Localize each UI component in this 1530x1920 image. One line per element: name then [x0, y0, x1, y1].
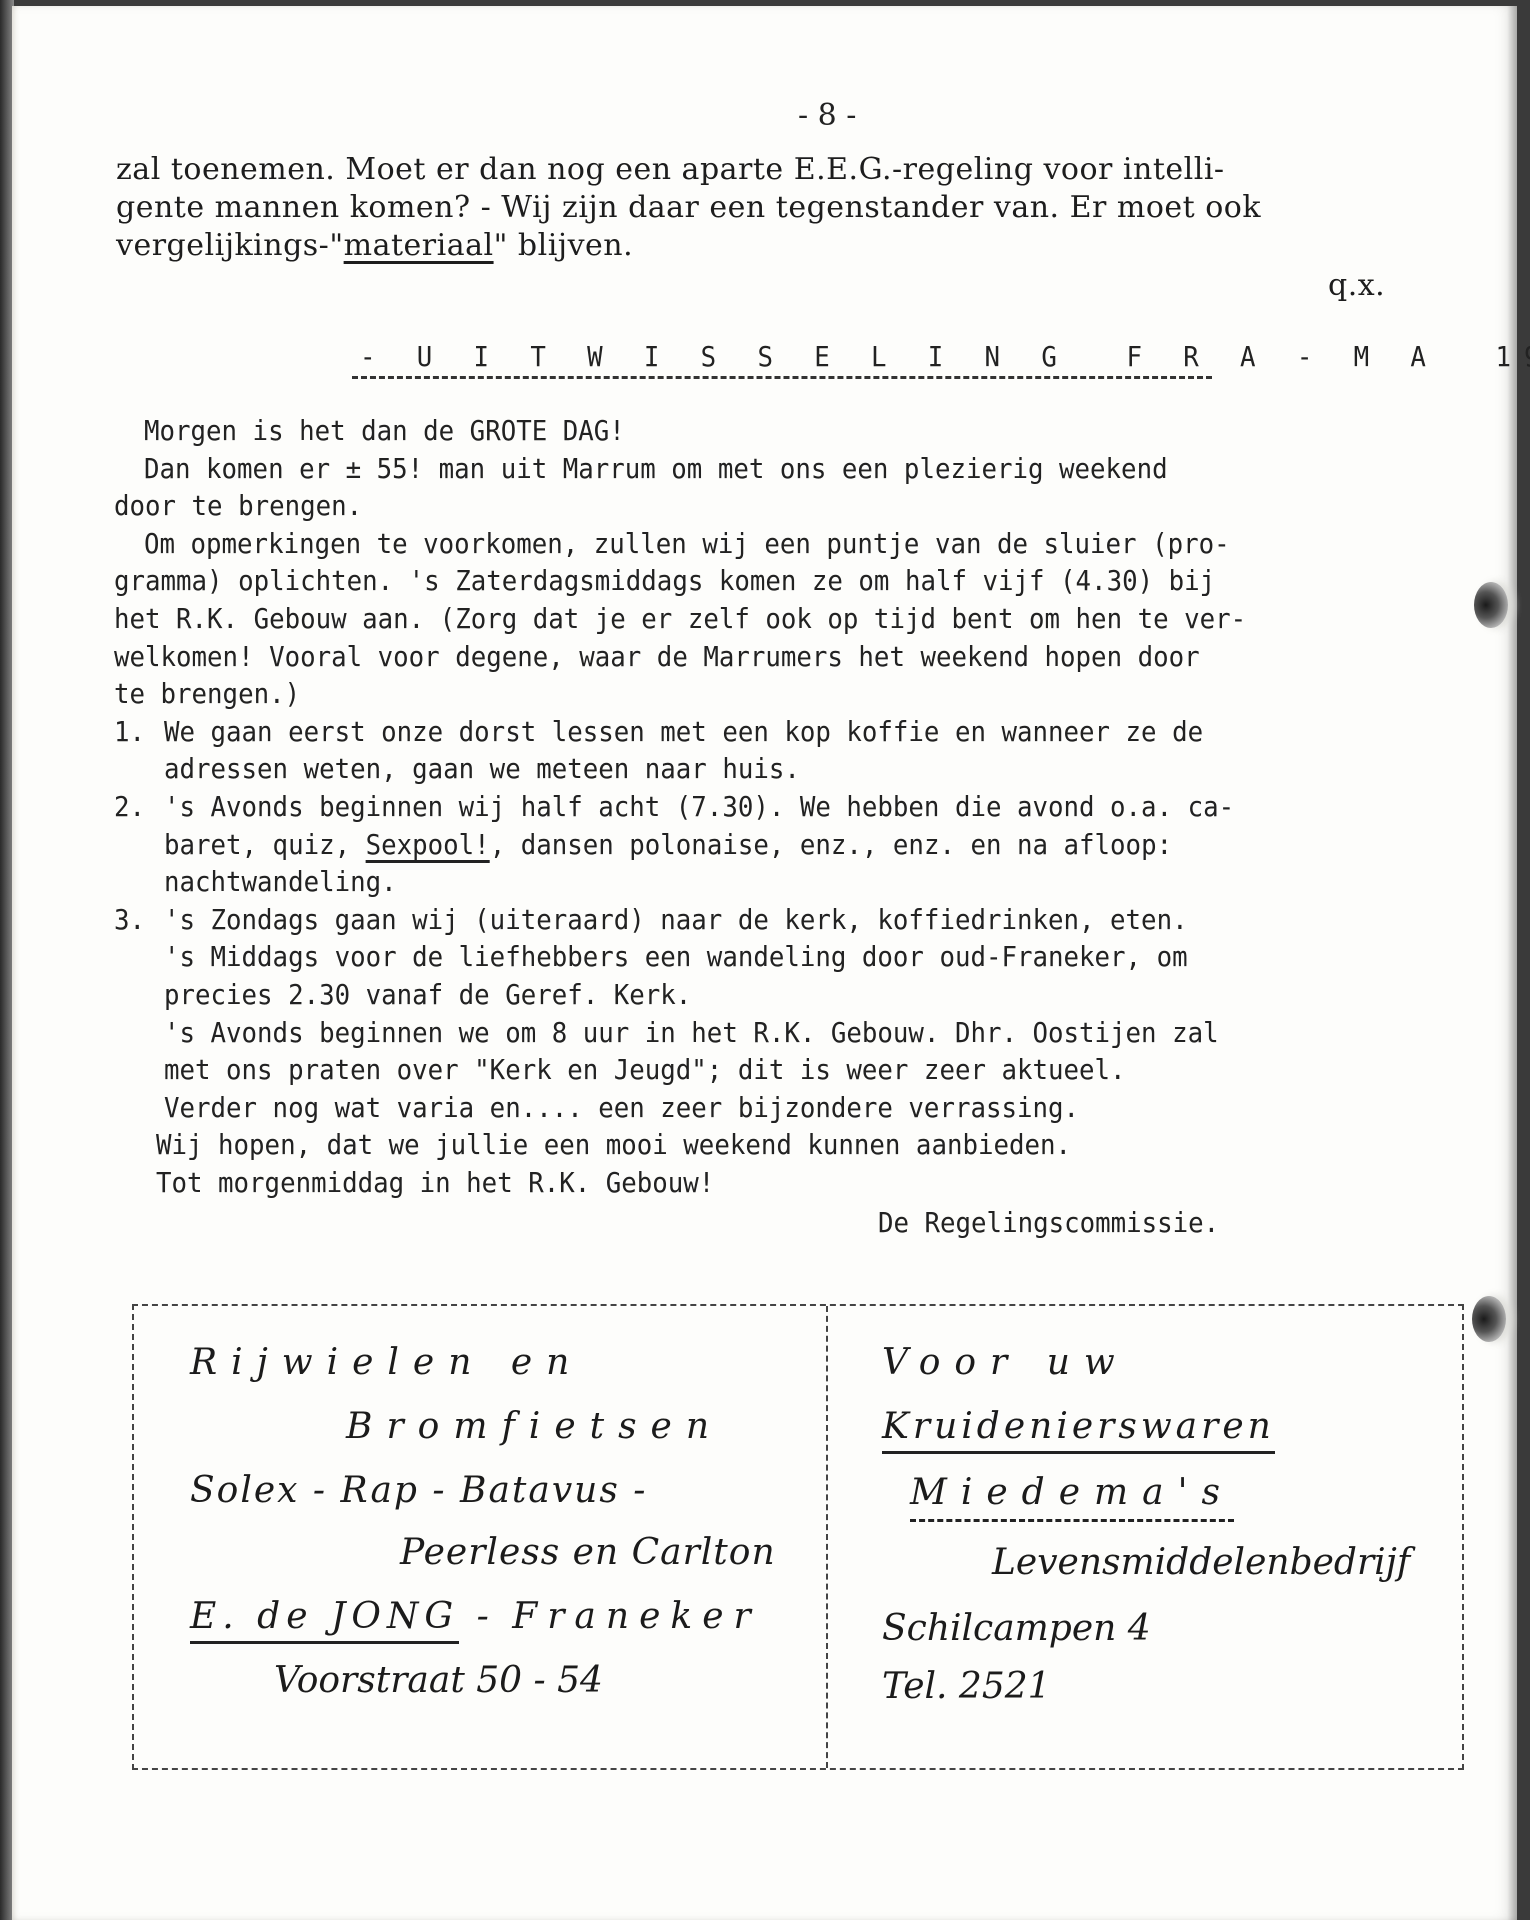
paragraph-line: welkomen! Vooral voor degene, waar de Ma… [114, 640, 1200, 673]
ad-right-line-6: Tel. 2521 [882, 1666, 1051, 1707]
program-item-line: 's Avonds beginnen wij half acht (7.30).… [164, 790, 1234, 823]
program-item-line: nachtwandeling. [164, 865, 397, 898]
page-shadow [1507, 6, 1517, 1920]
ad-left-business-name: E. de JONG [190, 1596, 459, 1644]
program-item-line: baret, quiz, Sexpool!, dansen polonaise,… [164, 828, 1172, 861]
ad-left-line-2: Bromfietsen [346, 1406, 723, 1447]
section-title: - U I T W I S S E L I N G F R A - M A 19… [360, 340, 1530, 373]
intro-signature: q.x. [1328, 268, 1385, 303]
paragraph-line: het R.K. Gebouw aan. (Zorg dat je er zel… [114, 602, 1246, 635]
program-item-line: 's Avonds beginnen we om 8 uur in het R.… [164, 1016, 1219, 1049]
intro-line-3-prefix: vergelijkings-" [116, 228, 344, 263]
ad-right-line-4: Levensmiddelenbedrijf [992, 1542, 1410, 1583]
paragraph-line: Dan komen er ± 55! man uit Marrum om met… [144, 452, 1168, 485]
ad-right-line-1: Voor uw [882, 1342, 1129, 1383]
ad-right-line-3: Miedema's [910, 1472, 1234, 1522]
punch-hole-icon [1474, 582, 1508, 628]
program-item-line: Verder nog wat varia en.... een zeer bij… [164, 1091, 1079, 1124]
program-item-line: precies 2.30 vanaf de Geref. Kerk. [164, 978, 691, 1011]
program-item-line: 's Zondags gaan wij (uiteraard) naar de … [164, 903, 1188, 936]
paragraph-line: Morgen is het dan de GROTE DAG! [144, 414, 625, 447]
page-number: - 8 - [798, 98, 856, 133]
intro-line-3-suffix: " blijven. [494, 228, 634, 263]
underlined-word-materiaal: materiaal [344, 228, 494, 263]
paragraph-line: gramma) oplichten. 's Zaterdagsmiddags k… [114, 564, 1215, 597]
program-item-number: 2. [114, 790, 145, 823]
ad-right-line-2: Kruidenierswaren [882, 1406, 1275, 1454]
intro-line-1: zal toenemen. Moet er dan nog een aparte… [116, 152, 1225, 187]
advertisement-box: Rijwielen en Bromfietsen Solex - Rap - B… [132, 1304, 1464, 1770]
paragraph-line: Om opmerkingen te voorkomen, zullen wij … [144, 527, 1230, 560]
ad-left-line-3: Solex - Rap - Batavus - [190, 1470, 647, 1511]
program-item-line: adressen weten, gaan we meteen naar huis… [164, 752, 800, 785]
ad-left-line-4: Peerless en Carlton [400, 1532, 776, 1573]
closing-line: Tot morgenmiddag in het R.K. Gebouw! [156, 1166, 714, 1199]
intro-line-2: gente mannen komen? - Wij zijn daar een … [116, 190, 1261, 225]
underlined-word: Sexpool! [366, 828, 490, 861]
program-item-line: met ons praten over "Kerk en Jeugd"; dit… [164, 1053, 1126, 1086]
program-item-number: 1. [114, 715, 145, 748]
ad-divider [826, 1306, 828, 1768]
ad-left-line-5: E. de JONG - Franeker [190, 1596, 761, 1637]
program-item-number: 3. [114, 903, 145, 936]
ad-left-town: Franeker [512, 1596, 760, 1637]
punch-hole-icon [1472, 1296, 1506, 1342]
paragraph-line: te brengen.) [114, 677, 300, 710]
document-page: - 8 - zal toenemen. Moet er dan nog een … [12, 6, 1517, 1920]
ad-left-separator: - [459, 1596, 512, 1637]
intro-line-3: vergelijkings-"materiaal" blijven. [116, 228, 633, 263]
program-item-line: We gaan eerst onze dorst lessen met een … [164, 715, 1203, 748]
closing-line: Wij hopen, dat we jullie een mooi weeken… [156, 1128, 1071, 1161]
ad-right-line-5: Schilcampen 4 [882, 1608, 1151, 1649]
ad-left-line-6: Voorstraat 50 - 54 [274, 1660, 603, 1701]
section-signature: De Regelingscommissie. [878, 1206, 1219, 1239]
paragraph-line: door te brengen. [114, 489, 362, 522]
ad-left-line-1: Rijwielen en [190, 1342, 583, 1383]
program-item-line: 's Middags voor de liefhebbers een wande… [164, 940, 1188, 973]
section-title-underline [352, 376, 1212, 379]
